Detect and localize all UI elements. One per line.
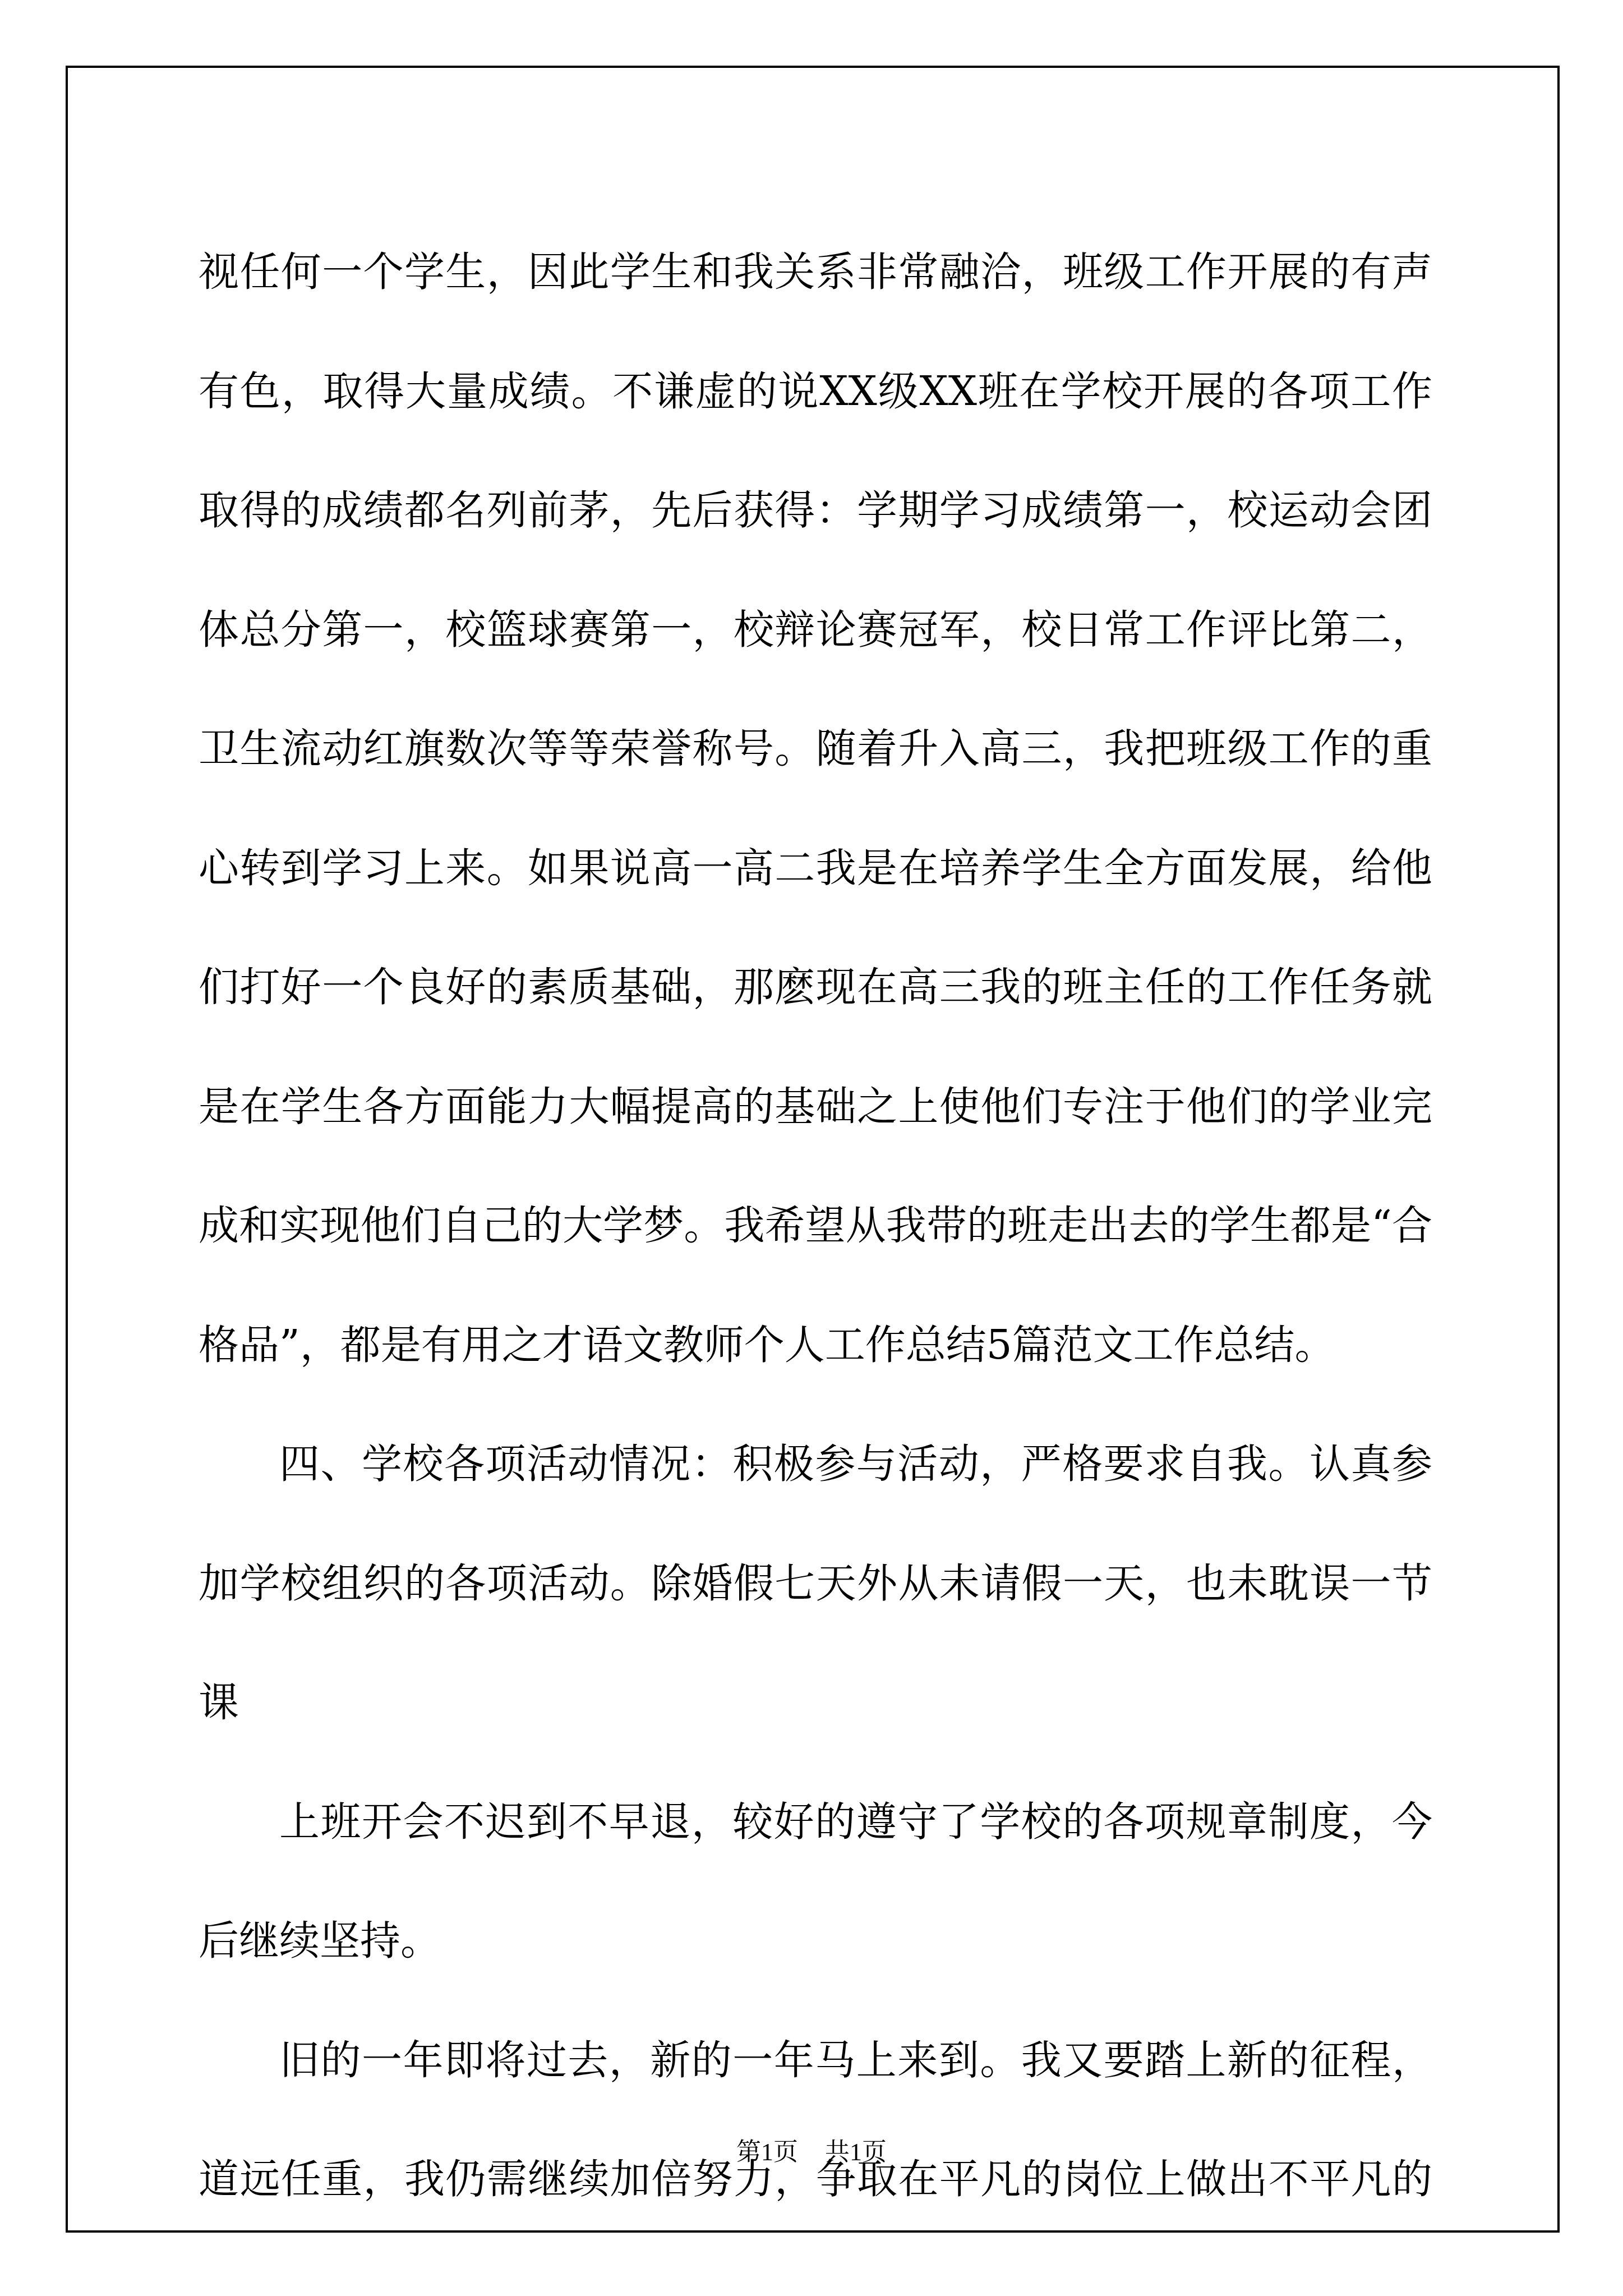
text-line: 旧的一年即将过去，新的一年马上来到。我又要踏上新的征程， [199, 2000, 1432, 2120]
text-line: 加学校组织的各项活动。除婚假七天外从未请假一天，也未耽误一节 [199, 1524, 1432, 1643]
paragraph-class-achievements: 视任何一个学生，因此学生和我关系非常融洽，班级工作开展的有声 有色，取得大量成绩… [199, 212, 1432, 1404]
text-line: 上班开会不迟到不早退，较好的遵守了学校的各项规章制度，今 [199, 1762, 1432, 1881]
text-line: 成和实现他们自己的大学梦。我希望从我带的班走出去的学生都是“合 [199, 1166, 1432, 1285]
text-line: 四、学校各项活动情况：积极参与活动，严格要求自我。认真参 [199, 1404, 1432, 1524]
text-line: 卫生流动红旗数次等等荣誉称号。随着升入高三，我把班级工作的重 [199, 689, 1432, 808]
text-line: 格品”，都是有用之才语文教师个人工作总结5篇范文工作总结。 [199, 1285, 1432, 1405]
text-line: 心转到学习上来。如果说高一高二我是在培养学生全方面发展，给他 [199, 808, 1432, 928]
text-line: 们打好一个良好的素质基础，那麽现在高三我的班主任的工作任务就 [199, 927, 1432, 1047]
total-page-count: 共1页 [825, 2132, 887, 2168]
text-line: 视任何一个学生，因此学生和我关系非常融洽，班级工作开展的有声 [199, 212, 1432, 332]
current-page-number: 第1页 [736, 2132, 798, 2168]
page-footer: 第1页共1页 [0, 2132, 1623, 2168]
paragraph-attendance: 上班开会不迟到不早退，较好的遵守了学校的各项规章制度，今 后继续坚持。 [199, 1762, 1432, 2000]
text-line: 体总分第一，校篮球赛第一，校辩论赛冠军，校日常工作评比第二， [199, 570, 1432, 689]
text-line: 课 [199, 1642, 1432, 1762]
paragraph-school-activities: 四、学校各项活动情况：积极参与活动，严格要求自我。认真参 加学校组织的各项活动。… [199, 1404, 1432, 1762]
text-line: 后继续坚持。 [199, 1881, 1432, 2000]
paragraph-new-year: 旧的一年即将过去，新的一年马上来到。我又要踏上新的征程， 道远任重，我仍需继续加… [199, 2000, 1432, 2239]
text-line: 是在学生各方面能力大幅提高的基础之上使他们专注于他们的学业完 [199, 1047, 1432, 1166]
text-line: 取得的成绩都名列前茅，先后获得：学期学习成绩第一，校运动会团 [199, 450, 1432, 570]
text-line: 有色，取得大量成绩。不谦虚的说XX级XX班在学校开展的各项工作 [199, 332, 1432, 451]
document-body: 视任何一个学生，因此学生和我关系非常融洽，班级工作开展的有声 有色，取得大量成绩… [199, 212, 1432, 2239]
